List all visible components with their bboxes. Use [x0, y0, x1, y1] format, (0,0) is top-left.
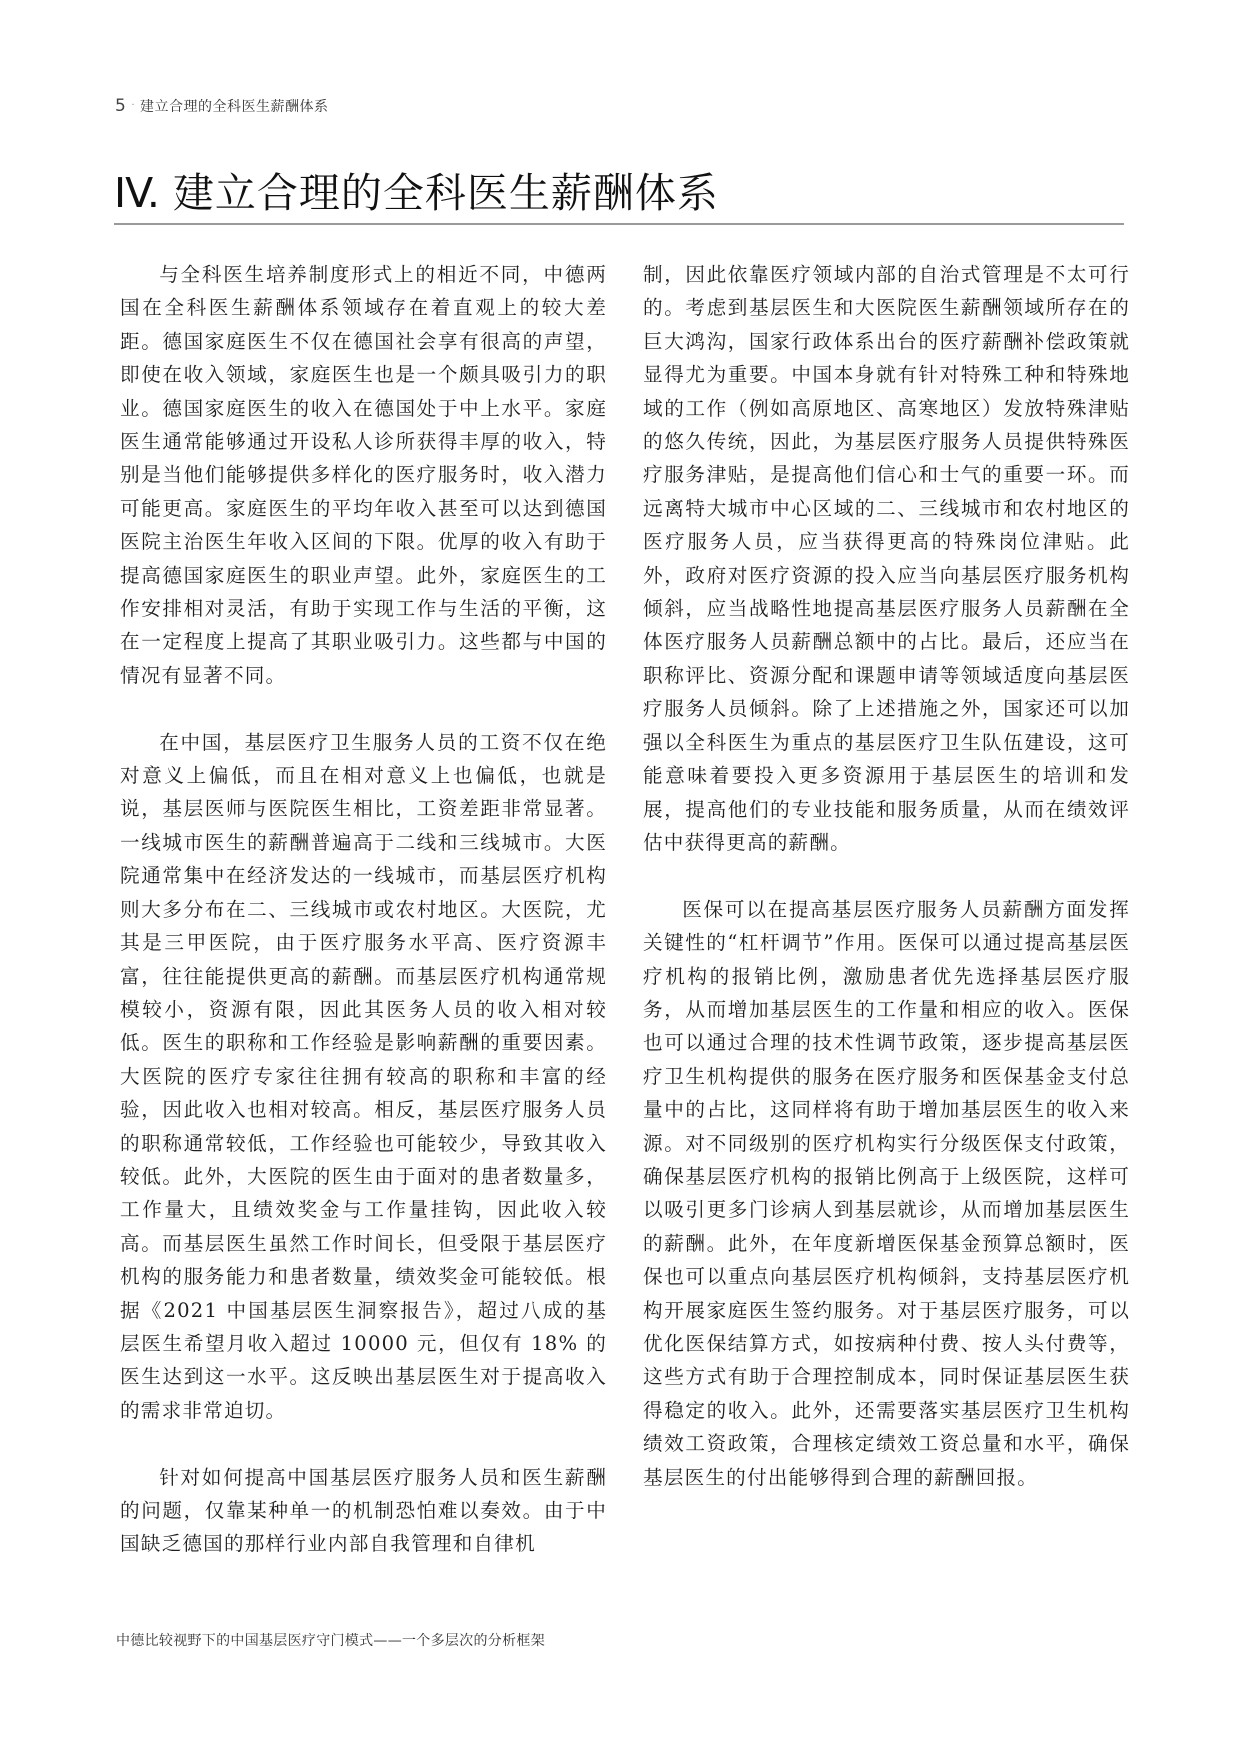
running-header: 5·建立合理的全科医生薪酬体系	[115, 96, 329, 116]
right-column: 制，因此依靠医疗领域内部的自治式管理是不太可行的。考虑到基层医生和大医院医生薪酬…	[643, 258, 1130, 1494]
paragraph: 针对如何提高中国基层医疗服务人员和医生薪酬的问题，仅靠某种单一的机制恐怕难以奏效…	[120, 1461, 607, 1561]
running-footer: 中德比较视野下的中国基层医疗守门模式——一个多层次的分析框架	[116, 1630, 545, 1650]
chapter-numeral: IV.	[114, 169, 159, 217]
left-column: 与全科医生培养制度形式上的相近不同，中德两国在全科医生薪酬体系领域存在着直观上的…	[120, 258, 607, 1561]
paragraph: 在中国，基层医疗卫生服务人员的工资不仅在绝对意义上偏低，而且在相对意义上也偏低，…	[120, 726, 607, 1428]
page-title: IV. 建立合理的全科医生薪酬体系	[114, 168, 719, 218]
page-number: 5	[115, 96, 126, 116]
title-divider	[114, 223, 1124, 225]
paragraph-continued: 制，因此依靠医疗领域内部的自治式管理是不太可行的。考虑到基层医生和大医院医生薪酬…	[643, 258, 1130, 859]
chapter-title-text: 建立合理的全科医生薪酬体系	[173, 169, 719, 217]
paragraph: 医保可以在提高基层医疗服务人员薪酬方面发挥关键性的“杠杆调节”作用。医保可以通过…	[643, 893, 1130, 1494]
paragraph: 与全科医生培养制度形式上的相近不同，中德两国在全科医生薪酬体系领域存在着直观上的…	[120, 258, 607, 692]
header-separator: ·	[131, 100, 135, 111]
header-section-title: 建立合理的全科医生薪酬体系	[140, 99, 329, 115]
